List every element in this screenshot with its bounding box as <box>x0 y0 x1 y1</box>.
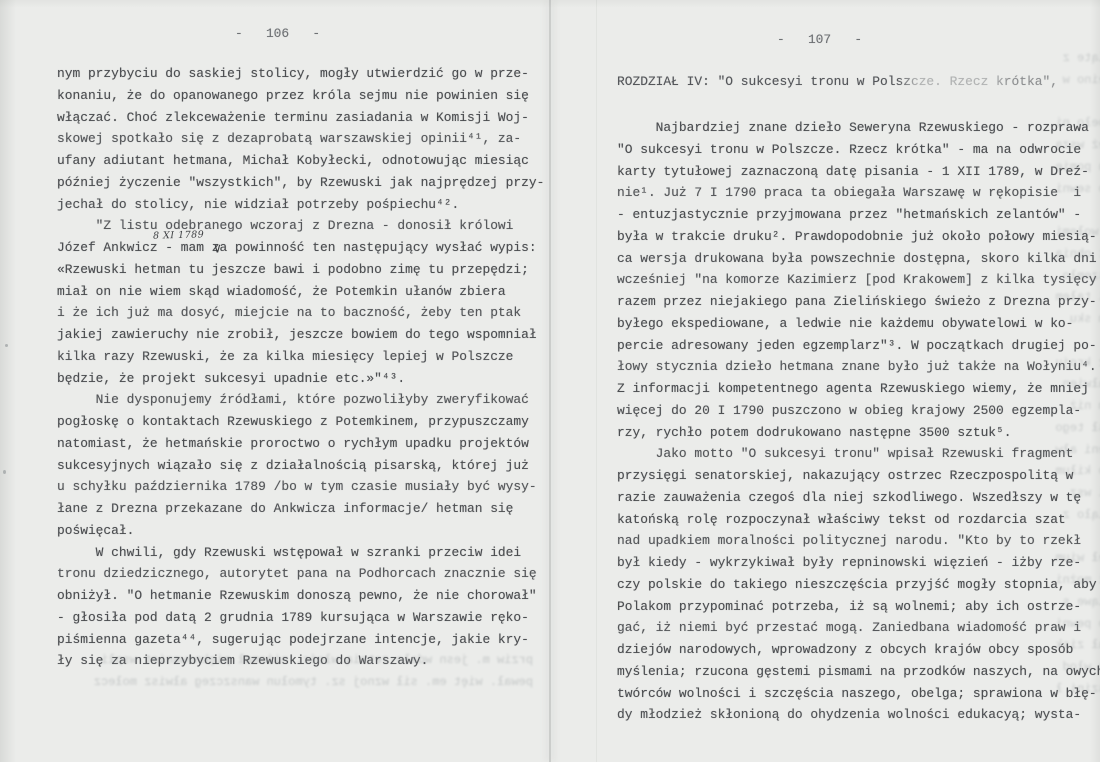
text-line: łane z Drezna przekazane do Ankwicza inf… <box>57 498 543 520</box>
text-line: «Rzewuski hetman tu jeszcze bawi i podob… <box>57 259 543 281</box>
text-line: jakiej zawieruchy nie zrobił, jeszcze bo… <box>57 324 543 346</box>
text-line: prziw m. jesn wdało-zetnią włośc. niżema… <box>93 650 533 672</box>
text-line: - głosiła pod datą 2 grudnia 1789 kursuj… <box>57 607 543 629</box>
text-line: miąło z <box>1027 505 1100 527</box>
text-line: ni wsz <box>1027 483 1100 505</box>
text-line: "Z listu odebranego wczoraj z Drezna - d… <box>57 215 543 237</box>
text-line: pogłoskę o kontaktach Rzewuskiego z Pote… <box>57 411 543 433</box>
page-left: - 106 - nym przybyciu do saskiej stolicy… <box>57 0 533 762</box>
chapter-heading: ROZDZIAŁ IV: "O sukcesyi tronu w Polszcz… <box>617 74 1058 89</box>
text-line: ąbeło ni <box>1027 113 1100 135</box>
page-gutter-shadow <box>549 0 551 762</box>
text-line: piśmienna gazeta⁴⁴, sugerując podejrzane… <box>57 629 543 651</box>
text-line: ło kiłum <box>1027 461 1100 483</box>
text-line: obniżył. "O hetmanie Rzewuskim donoszą p… <box>57 585 543 607</box>
text-line <box>1027 92 1100 114</box>
text-line: Józef Ankwicz - mam za powinność ten nas… <box>57 237 543 259</box>
text-line <box>1027 331 1100 353</box>
text-line: em niż <box>1027 396 1100 418</box>
paper-crease <box>596 0 597 762</box>
text-line: konaniu, że do opanowanego przez króla s… <box>57 85 543 107</box>
text-line: W chwili, gdy Rzewuski wstępował w szran… <box>57 542 543 564</box>
text-line: ni tałem <box>1027 287 1100 309</box>
text-line: pałwien <box>1027 374 1100 396</box>
text-line: z wołemi <box>1027 222 1100 244</box>
text-line: meino w <box>1027 70 1100 92</box>
text-line: tronu dziedzicznego, autorytet pana na P… <box>57 563 543 585</box>
text-line: ło sewni <box>1027 179 1100 201</box>
insertion-caret-mark: ∨ <box>213 240 222 255</box>
text-line: wszini ł <box>1027 679 1100 701</box>
text-line: em włod <box>1027 657 1100 679</box>
text-line: ież wsza <box>1027 135 1100 157</box>
text-line: Nie dysponujemy źródłami, które pozwolił… <box>57 389 543 411</box>
text-line: zeł wium <box>1027 548 1100 570</box>
text-line: zeni ałw <box>1027 440 1100 462</box>
bleed-through-text-right: wiąte zmeino w ąbeło niież wszazn pomięł… <box>1027 48 1100 701</box>
text-line: ło pewni <box>1027 614 1100 636</box>
text-line: niąwe s <box>1027 592 1100 614</box>
paper-speck <box>5 344 8 347</box>
text-line: natomiast, że hetmańskie proroctwo o ryc… <box>57 433 543 455</box>
text-line: włączać. Choć zlekceważenie terminu zasi… <box>57 107 543 129</box>
bleed-through-text-left: prziw m. jesn wdało-zetnią włośc. niżema… <box>93 650 533 694</box>
text-line: miał on nie wiem skąd wiadomość, że Pote… <box>57 281 543 303</box>
text-line: będzie, że projekt sukcesyi upadnie etc.… <box>57 368 543 390</box>
text-line: wszemło <box>1027 266 1100 288</box>
text-line: jechał do stolicy, nie widział potrzeby … <box>57 194 543 216</box>
text-line: i że ich już ma dosyć, miejcie na to bac… <box>57 302 543 324</box>
text-line: at obnią <box>1027 244 1100 266</box>
paper-speck <box>3 470 6 474</box>
text-line <box>1027 527 1100 549</box>
text-line: skowej spotkało się z dezaprobatą warsza… <box>57 128 543 150</box>
handwritten-date-annotation: 8 XI 1789 <box>153 229 205 241</box>
text-line: wsł tego <box>1027 418 1100 440</box>
text-line: nym przybyciu do saskiej stolicy, mogły … <box>57 63 543 85</box>
text-line: tał zisk <box>1027 635 1100 657</box>
scanned-book-spread: - 106 - nym przybyciu do saskiej stolicy… <box>0 0 1100 762</box>
text-line: ał możni <box>1027 570 1100 592</box>
page-right: - 107 - ROZDZIAŁ IV: "O sukcesyi tronu w… <box>617 0 1093 762</box>
page-number-right: - 107 - <box>777 32 862 47</box>
text-line: ufany adiutant hetmana, Michał Kobyłecki… <box>57 150 543 172</box>
page-number-left: - 106 - <box>235 26 320 41</box>
text-line: zn pomię <box>1027 157 1100 179</box>
text-line: u schyłku października 1789 /bo w tym cz… <box>57 476 543 498</box>
text-line: kilka razy Rzewuski, że za kilka miesięc… <box>57 346 543 368</box>
text-line: poświęcał. <box>57 520 543 542</box>
text-line <box>1027 200 1100 222</box>
text-line: pewał. więt em. sił wznoj sz. tymołun wa… <box>93 672 533 694</box>
text-line: em sku <box>1027 309 1100 331</box>
text-line: sz kroju <box>1027 353 1100 375</box>
left-page-text-block: nym przybyciu do saskiej stolicy, mogły … <box>57 63 543 672</box>
text-line: później życzenie "wszystkich", by Rzewus… <box>57 172 543 194</box>
text-line: wiąte z <box>1027 48 1100 70</box>
text-line: sukcesyjnych wiązało się z działalnością… <box>57 455 543 477</box>
text-line: dy młodzież skłonioną do ohydzenia wolno… <box>617 704 1100 726</box>
